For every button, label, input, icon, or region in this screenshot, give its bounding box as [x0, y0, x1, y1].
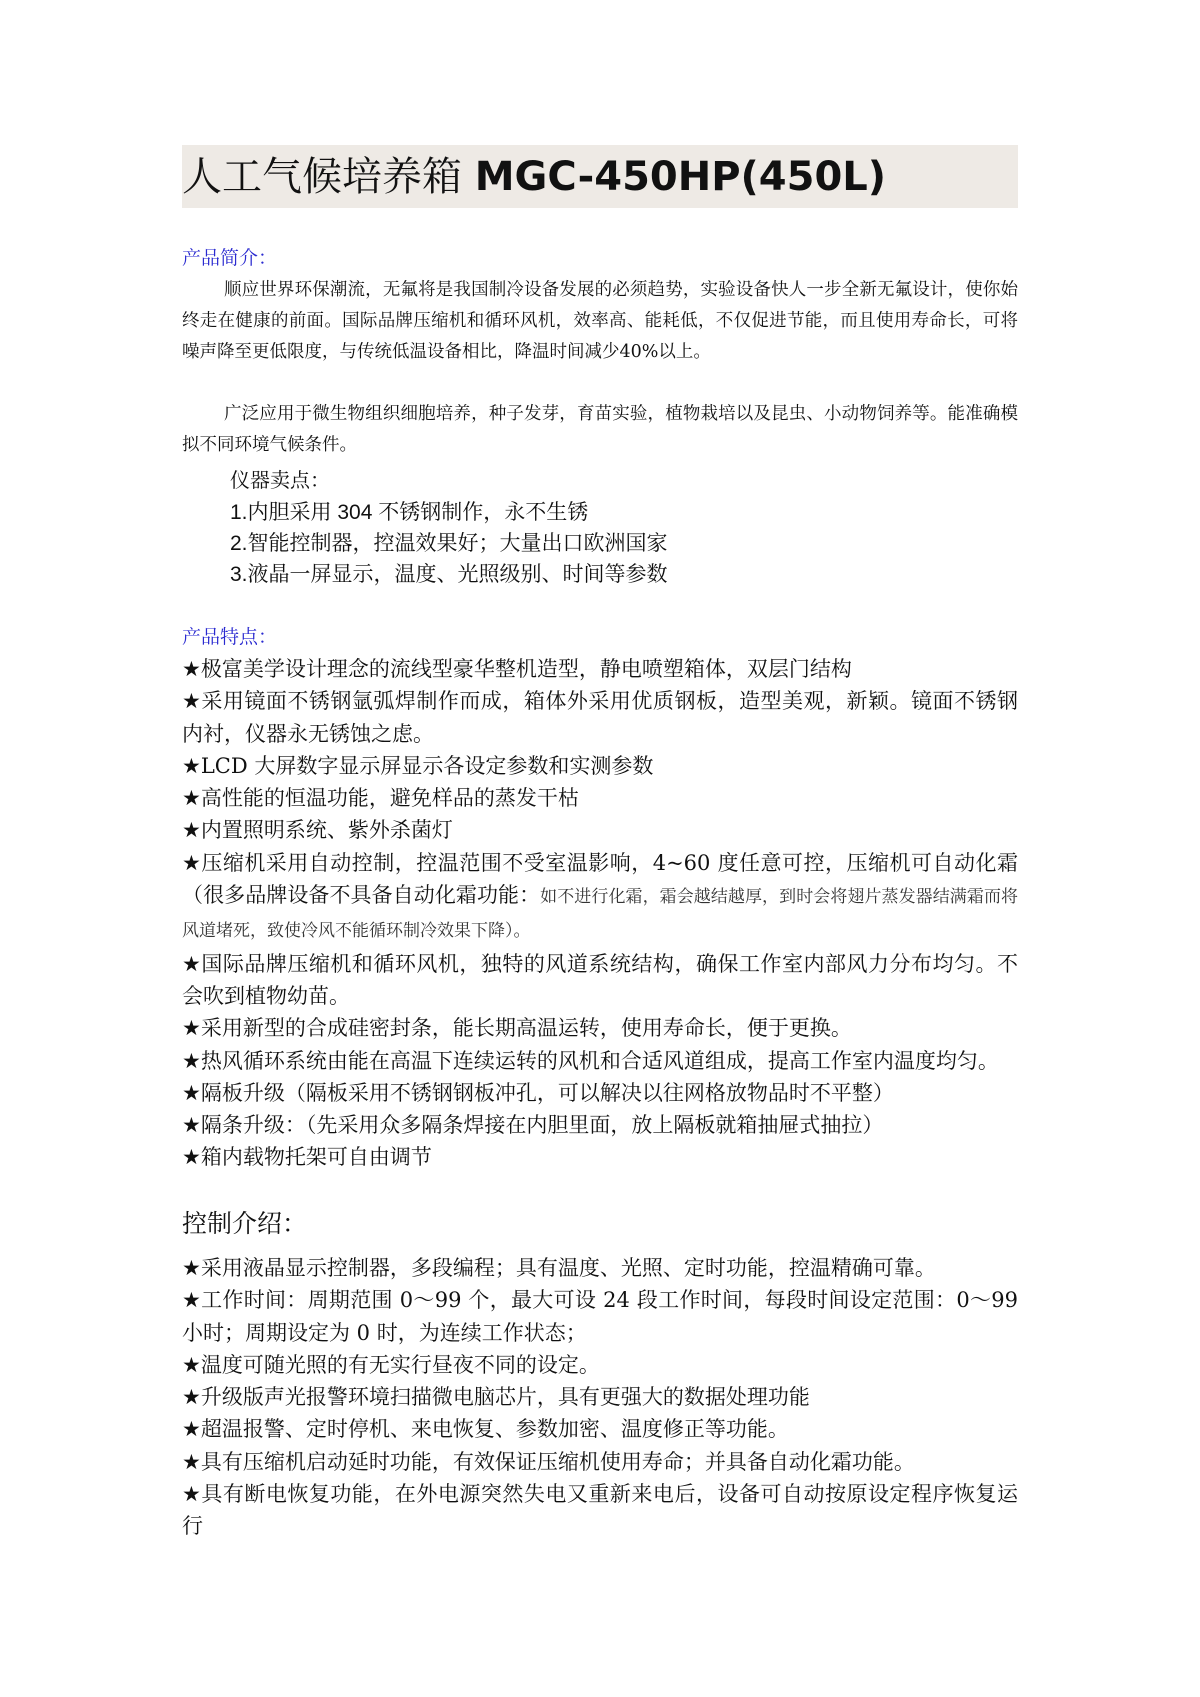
selling-point-item: 2.智能控制器，控温效果好；大量出口欧洲国家 [230, 528, 668, 559]
control-item: ★采用液晶显示控制器，多段编程；具有温度、光照、定时功能，控温精确可靠。 [182, 1252, 1018, 1284]
feature-item: ★高性能的恒温功能，避免样品的蒸发干枯 [182, 782, 1018, 814]
page-title: 人工气候培养箱 MGC-450HP(450L) [182, 151, 886, 203]
star-bullet-icon: ★ [182, 1353, 201, 1377]
control-item: ★升级版声光报警环境扫描微电脑芯片，具有更强大的数据处理功能 [182, 1381, 1018, 1413]
feature-item: ★热风循环系统由能在高温下连续运转的风机和合适风道组成，提高工作室内温度均匀。 [182, 1045, 1018, 1077]
star-bullet-icon: ★ [182, 1417, 201, 1441]
feature-item: ★采用新型的合成硅密封条，能长期高温运转，使用寿命长，便于更换。 [182, 1012, 1018, 1044]
star-bullet-icon: ★ [182, 1049, 201, 1073]
control-item: ★具有压缩机启动延时功能，有效保证压缩机使用寿命；并具备自动化霜功能。 [182, 1446, 1018, 1478]
intro-heading: 产品简介： [182, 246, 277, 270]
star-bullet-icon: ★ [182, 754, 201, 778]
star-bullet-icon: ★ [182, 1385, 201, 1409]
feature-item: ★LCD 大屏数字显示屏显示各设定参数和实测参数 [182, 750, 1018, 782]
star-bullet-icon: ★ [182, 1081, 201, 1105]
feature-item: ★压缩机采用自动控制，控温范围不受室温影响，4~60 度任意可控，压缩机可自动化… [182, 847, 1018, 948]
control-item: ★工作时间：周期范围 0～99 个，最大可设 24 段工作时间，每段时间设定范围… [182, 1284, 1018, 1349]
feature-item: ★极富美学设计理念的流线型豪华整机造型，静电喷塑箱体，双层门结构 [182, 653, 1018, 685]
star-bullet-icon: ★ [182, 657, 201, 681]
star-bullet-icon: ★ [182, 786, 201, 810]
feature-item: ★国际品牌压缩机和循环风机，独特的风道系统结构，确保工作室内部风力分布均匀。不会… [182, 948, 1018, 1013]
feature-item: ★箱内载物托架可自由调节 [182, 1141, 1018, 1173]
star-bullet-icon: ★ [182, 1256, 201, 1280]
control-item: ★超温报警、定时停机、来电恢复、参数加密、温度修正等功能。 [182, 1413, 1018, 1445]
star-bullet-icon: ★ [182, 1482, 201, 1506]
feature-item: ★隔条升级：（先采用众多隔条焊接在内胆里面，放上隔板就箱抽屉式抽拉） [182, 1109, 1018, 1141]
star-bullet-icon: ★ [182, 1113, 201, 1137]
title-model: MGC-450HP(450L) [475, 154, 886, 200]
selling-point-item: 1.内胆采用 304 不锈钢制作，永不生锈 [230, 497, 668, 528]
control-list: ★采用液晶显示控制器，多段编程；具有温度、光照、定时功能，控温精确可靠。 ★工作… [182, 1252, 1018, 1543]
selling-points-heading: 仪器卖点： [230, 466, 330, 494]
features-heading: 产品特点： [182, 625, 277, 649]
star-bullet-icon: ★ [182, 1145, 201, 1169]
control-heading: 控制介绍： [182, 1208, 307, 1240]
features-list: ★极富美学设计理念的流线型豪华整机造型，静电喷塑箱体，双层门结构 ★采用镜面不锈… [182, 653, 1018, 1174]
star-bullet-icon: ★ [182, 1450, 201, 1474]
title-chinese: 人工气候培养箱 [182, 154, 475, 200]
star-bullet-icon: ★ [182, 851, 201, 875]
star-bullet-icon: ★ [182, 818, 201, 842]
star-bullet-icon: ★ [182, 689, 201, 713]
feature-item: ★内置照明系统、紫外杀菌灯 [182, 814, 1018, 846]
control-item: ★具有断电恢复功能，在外电源突然失电又重新来电后，设备可自动按原设定程序恢复运行 [182, 1478, 1018, 1543]
selling-point-item: 3.液晶一屏显示，温度、光照级别、时间等参数 [230, 559, 668, 590]
feature-item: ★采用镜面不锈钢氩弧焊制作而成，箱体外采用优质钢板，造型美观，新颖。镜面不锈钢内… [182, 685, 1018, 750]
control-item: ★温度可随光照的有无实行昼夜不同的设定。 [182, 1349, 1018, 1381]
star-bullet-icon: ★ [182, 952, 201, 976]
star-bullet-icon: ★ [182, 1288, 201, 1312]
selling-points-list: 1.内胆采用 304 不锈钢制作，永不生锈 2.智能控制器，控温效果好；大量出口… [230, 497, 668, 590]
feature-item: ★隔板升级（隔板采用不锈钢钢板冲孔，可以解决以往网格放物品时不平整） [182, 1077, 1018, 1109]
intro-paragraph-1: 顺应世界环保潮流，无氟将是我国制冷设备发展的必须趋势，实验设备快人一步全新无氟设… [182, 275, 1018, 368]
star-bullet-icon: ★ [182, 1016, 201, 1040]
intro-paragraph-2: 广泛应用于微生物组织细胞培养，种子发芽，育苗实验，植物栽培以及昆虫、小动物饲养等… [182, 399, 1018, 461]
title-banner: 人工气候培养箱 MGC-450HP(450L) [182, 145, 1018, 208]
